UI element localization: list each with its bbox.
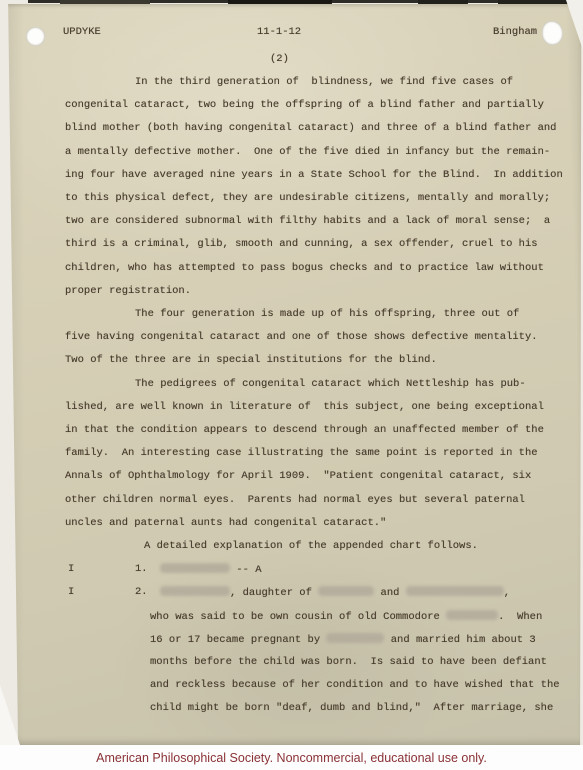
- typed-line: third is a criminal, glib, smooth and cu…: [65, 238, 538, 252]
- typed-text: ,: [504, 587, 510, 599]
- typed-line: family. An interesting case illustrating…: [65, 447, 538, 461]
- typewritten-sheet: UPDYKE 11-1-12 Bingham (2) In the third …: [0, 4, 583, 745]
- typed-text: The four generation is made up of his of…: [135, 308, 519, 320]
- typed-text: -- A: [230, 564, 262, 576]
- typed-text: months before the child was born. Is sai…: [150, 656, 547, 668]
- typed-text: 16 or 17 became pregnant by: [150, 634, 326, 646]
- typed-text: ing four have averaged nine years in a S…: [65, 169, 563, 181]
- redacted-name: [160, 563, 230, 573]
- typed-text: two are considered subnormal with filthy…: [65, 215, 550, 227]
- header-date: 11-1-12: [257, 26, 301, 38]
- typed-text: and reckless because of her condition an…: [150, 679, 560, 691]
- typed-text: In the third generation of blindness, we…: [135, 76, 513, 88]
- typed-line: The four generation is made up of his of…: [135, 308, 519, 322]
- typed-line: children, who has attempted to pass bogu…: [65, 262, 544, 276]
- typed-text: child might be born "deaf, dumb and blin…: [150, 702, 553, 714]
- typed-line: Two of the three are in special institut…: [65, 354, 437, 368]
- typed-text: a mentally defective mother. One of the …: [65, 146, 550, 158]
- typed-line: uncles and paternal aunts had congenital…: [65, 517, 386, 531]
- typed-text: and: [374, 587, 406, 599]
- typed-line: and reckless because of her condition an…: [150, 679, 560, 693]
- generation-label: I: [68, 586, 74, 598]
- paper-corner-gap: [0, 685, 20, 745]
- typed-line: In the third generation of blindness, we…: [135, 76, 513, 90]
- typed-text: Annals of Ophthalmology for April 1909. …: [65, 470, 531, 482]
- punch-hole-left: [26, 27, 45, 46]
- typed-line: ing four have averaged nine years in a S…: [65, 169, 563, 183]
- redacted-name: [160, 586, 230, 596]
- typed-line: five having congenital cataract and one …: [65, 331, 538, 345]
- typed-line: to this physical defect, they are undesi…: [65, 192, 550, 206]
- typed-line: Annals of Ophthalmology for April 1909. …: [65, 470, 531, 484]
- typed-line: I2., daughter of and ,: [0, 586, 583, 600]
- punch-hole-right: [542, 21, 563, 45]
- typed-text: congenital cataract, two being the offsp…: [65, 99, 544, 111]
- scanned-document-page: UPDYKE 11-1-12 Bingham (2) In the third …: [0, 0, 583, 770]
- typed-line: a mentally defective mother. One of the …: [65, 146, 550, 160]
- typed-line: months before the child was born. Is sai…: [150, 656, 547, 670]
- typed-text: . When: [498, 611, 542, 623]
- typed-text: other children normal eyes. Parents had …: [65, 494, 525, 506]
- typed-line: in that the condition appears to descend…: [65, 424, 544, 438]
- typed-text: children, who has attempted to pass bogu…: [65, 262, 544, 274]
- typed-text: who was said to be own cousin of old Com…: [150, 611, 446, 623]
- typed-line: who was said to be own cousin of old Com…: [150, 610, 542, 624]
- typed-text: A detailed explanation of the appended c…: [144, 540, 478, 552]
- item-content: , daughter of and ,: [160, 586, 510, 599]
- archive-credit-bar: American Philosophical Society. Noncomme…: [0, 745, 583, 770]
- typed-text: proper registration.: [65, 285, 191, 297]
- typed-text: blind mother (both having congenital cat…: [65, 122, 556, 134]
- typed-text: lished, are well known in literature of …: [65, 401, 544, 413]
- generation-label: I: [68, 563, 74, 575]
- typed-text: uncles and paternal aunts had congenital…: [65, 517, 386, 529]
- typed-line: 16 or 17 became pregnant by and married …: [150, 633, 536, 647]
- redacted-name: [326, 633, 384, 643]
- typed-text: third is a criminal, glib, smooth and cu…: [65, 238, 538, 250]
- page-number: (2): [270, 53, 289, 65]
- redacted-name: [406, 586, 504, 596]
- typed-line: A detailed explanation of the appended c…: [144, 540, 478, 554]
- typed-text: , daughter of: [230, 587, 318, 599]
- typed-line: The pedigrees of congenital cataract whi…: [135, 378, 526, 392]
- redacted-name: [318, 586, 374, 596]
- item-content: -- A: [160, 563, 262, 576]
- typed-line: two are considered subnormal with filthy…: [65, 215, 550, 229]
- typed-text: The pedigrees of congenital cataract whi…: [135, 378, 526, 390]
- typed-text: and married him about 3: [384, 634, 535, 646]
- typed-line: I1. -- A: [0, 563, 583, 577]
- item-number: 2.: [135, 586, 148, 598]
- header-surname-left: UPDYKE: [63, 26, 101, 38]
- typed-line: lished, are well known in literature of …: [65, 401, 544, 415]
- typed-line: blind mother (both having congenital cat…: [65, 122, 556, 136]
- typed-text: in that the condition appears to descend…: [65, 424, 544, 436]
- header-surname-right: Bingham: [493, 26, 537, 38]
- typed-line: proper registration.: [65, 285, 191, 299]
- typed-line: child might be born "deaf, dumb and blin…: [150, 702, 553, 716]
- typed-text: Two of the three are in special institut…: [65, 354, 437, 366]
- item-number: 1.: [135, 563, 148, 575]
- redacted-name: [446, 610, 498, 620]
- typed-line: congenital cataract, two being the offsp…: [65, 99, 544, 113]
- scan-edge-mark: [60, 0, 150, 4]
- archive-credit-text: American Philosophical Society. Noncomme…: [96, 751, 487, 765]
- typed-line: other children normal eyes. Parents had …: [65, 494, 525, 508]
- typed-text: family. An interesting case illustrating…: [65, 447, 538, 459]
- typed-text: to this physical defect, they are undesi…: [65, 192, 550, 204]
- typed-text: five having congenital cataract and one …: [65, 331, 538, 343]
